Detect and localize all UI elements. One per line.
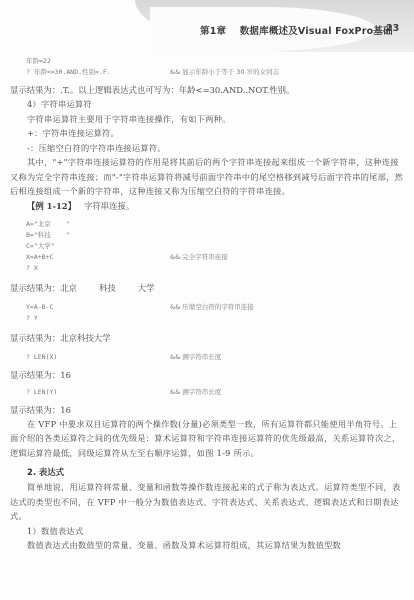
example-title: 字符串连接。 — [84, 201, 134, 211]
code-line: ? X — [10, 263, 405, 274]
code-text: ? X — [26, 264, 38, 272]
section-heading-string-ops: 4）字符串运算符 — [10, 97, 405, 112]
code-line: ? 年龄<=30.AND.性别=.F.&& 显示年龄小于等于 30 岁的女同志 — [10, 67, 405, 78]
code-text: B="科技 " — [26, 231, 70, 239]
result-text: 科技 — [99, 283, 116, 293]
page-body: 年龄=22 ? 年龄<=30.AND.性别=.F.&& 显示年龄小于等于 30 … — [10, 56, 405, 553]
code-line: A="北京 " — [10, 219, 405, 230]
code-line: 年龄=22 — [10, 56, 405, 67]
code-text: ? LEN(X) — [26, 353, 57, 361]
result-logic: 显示结果为：.T.。以上逻辑表达式也可写为：年龄<=30.AND..NOT.性别… — [10, 83, 405, 97]
code-line: B="科技 " — [10, 230, 405, 241]
code-text: ? LEN(Y) — [26, 388, 57, 396]
page-number: 23 — [386, 23, 399, 34]
result-x: 显示结果为：北京科技大学 — [10, 281, 405, 295]
code-line: X=A+B+C&& 完全字符串连接 — [10, 252, 405, 263]
result-len-x: 显示结果为：16 — [10, 368, 405, 382]
paragraph-numeric: 数值表达式由数值型的常量、变量、函数及算术运算符组成，其运算结果为数值型数 — [10, 538, 405, 553]
code-text: A="北京 " — [26, 220, 70, 228]
list-item-plus: +：字符串连接运算符。 — [10, 126, 405, 141]
result-text: 显示结果为：北京 — [10, 283, 77, 293]
code-comment: && 测字符串长度 — [170, 387, 221, 398]
code-comment: && 测字符串长度 — [170, 352, 221, 363]
code-text: ? 年龄<=30.AND.性别=.F. — [26, 68, 111, 76]
code-comment: && 压缩空白符的字符串连接 — [170, 302, 254, 313]
code-text: C="大学" — [26, 242, 55, 250]
code-comment: && 显示年龄小于等于 30 岁的女同志 — [170, 67, 279, 78]
section-heading-expressions: 2. 表达式 — [10, 465, 405, 480]
paragraph: 字符串运算符主要用于字符串连接操作，有如下两种。 — [10, 112, 405, 127]
example-label: 【例 1-12】 — [27, 201, 76, 211]
code-text: X=A+B+C — [26, 253, 53, 261]
result-len-y: 显示结果为：16 — [10, 403, 405, 417]
result-text: 大学 — [138, 283, 155, 293]
code-line: ? LEN(X)&& 测字符串长度 — [10, 352, 405, 363]
code-comment: && 完全字符串连接 — [170, 252, 228, 263]
code-text: ? Y — [26, 314, 38, 322]
code-line: ? LEN(Y)&& 测字符串长度 — [10, 387, 405, 398]
running-head: 第1章 数据库概述及Visual FoxPro基础 — [200, 23, 393, 37]
paragraph-expressions: 简单地说，用运算符将常量、变量和函数等操作数连接起来的式子称为表达式。运算符类型… — [10, 480, 405, 524]
code-text: Y=A-B-C — [26, 303, 53, 311]
list-item-minus: -：压缩空白符的字符串连接运算符。 — [10, 141, 405, 156]
code-line: C="大学" — [10, 241, 405, 252]
code-line: ? Y — [10, 313, 405, 324]
paragraph-explanation: 其中，"+"字符串连接运算符的作用是将其前后的两个字符串连接起来组成一个新字符串… — [10, 155, 405, 199]
code-text: 年龄=22 — [26, 57, 51, 65]
example-heading: 【例 1-12】字符串连接。 — [10, 199, 405, 214]
result-y: 显示结果为：北京科技大学 — [10, 331, 405, 345]
paragraph-precedence: 在 VFP 中要求双目运算符的两个操作数(分量)必须类型一致，所有运算符都只能使… — [10, 417, 405, 461]
sub-heading-numeric: 1）数值表达式 — [10, 524, 405, 539]
code-line: Y=A-B-C&& 压缩空白符的字符串连接 — [10, 302, 405, 313]
chapter-label: 第1章 — [200, 26, 226, 37]
chapter-title: 数据库概述及Visual FoxPro基础 — [240, 26, 393, 37]
